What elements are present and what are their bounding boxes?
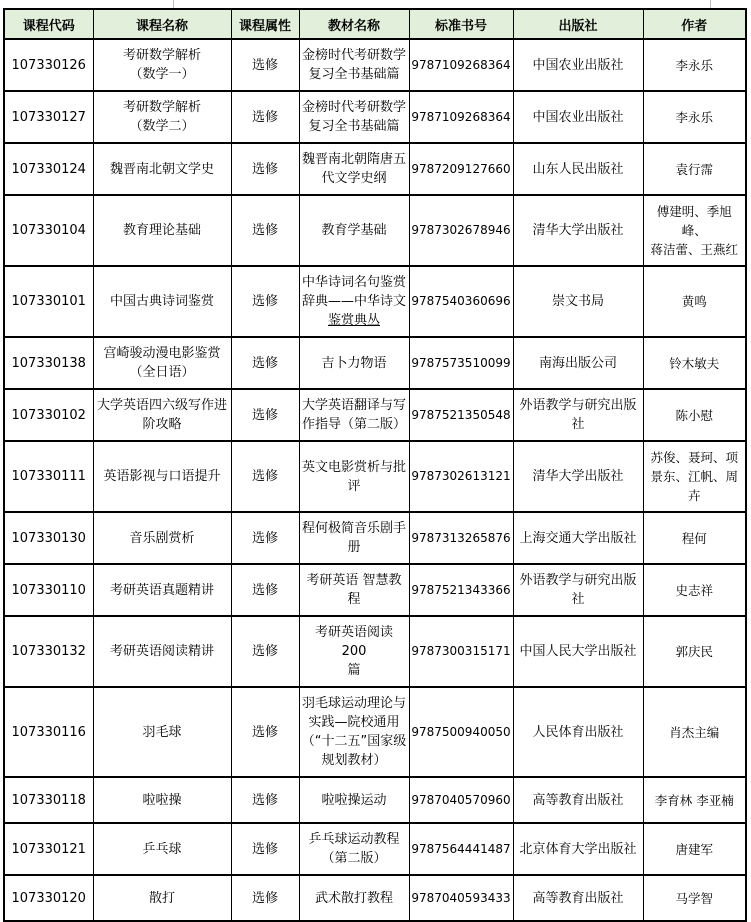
cell-author: 傅建明、季旭峰、 蒋洁蕾、王燕红 [643, 195, 746, 266]
cell-textbook-name: 羽毛球运动理论与 实践—院校通用 （“十二五”国家级 规划教材） [299, 687, 409, 777]
textbook-text: 中华诗词名句鉴赏 辞典——中华诗文 [302, 275, 406, 309]
header-cell-course-name: 课程名称 [93, 9, 231, 39]
textbook-text: 教育学基础 [321, 223, 386, 238]
header-cell-course-code: 课程代码 [4, 9, 93, 39]
cell-isbn: 9787109268364 [409, 91, 513, 143]
textbook-text: 吉卜力物语 [321, 356, 386, 371]
cell-course-attribute: 选修 [231, 564, 299, 616]
cell-course-code: 107330120 [4, 875, 93, 921]
cell-textbook-name: 考研英语 智慧教 程 [299, 564, 409, 616]
cell-isbn: 9787540360696 [409, 266, 513, 337]
cell-publisher: 清华大学出版社 [513, 441, 643, 512]
gridline-artifact [173, 0, 174, 8]
table-row: 107330102 大学英语四六级写作进 阶攻略 选修 大学英语翻译与写 作指导… [4, 389, 746, 441]
cell-isbn: 9787300315171 [409, 616, 513, 687]
cell-course-name: 中国古典诗词鉴赏 [93, 266, 231, 337]
cell-course-name: 音乐剧赏析 [93, 512, 231, 564]
cell-isbn: 9787040593433 [409, 875, 513, 921]
table-row: 107330101 中国古典诗词鉴赏 选修 中华诗词名句鉴赏 辞典——中华诗文 … [4, 266, 746, 337]
cell-course-attribute: 选修 [231, 91, 299, 143]
table-row: 107330104 教育理论基础 选修 教育学基础 9787302678946 … [4, 195, 746, 266]
cell-publisher: 高等教育出版社 [513, 875, 643, 921]
header-cell-textbook-name: 教材名称 [299, 9, 409, 39]
cell-course-attribute: 选修 [231, 266, 299, 337]
cell-author: 肖杰主编 [643, 687, 746, 777]
cell-course-name: 考研英语阅读精讲 [93, 616, 231, 687]
table-row: 107330116 羽毛球 选修 羽毛球运动理论与 实践—院校通用 （“十二五”… [4, 687, 746, 777]
cell-isbn: 9787109268364 [409, 39, 513, 91]
table-row: 107330132 考研英语阅读精讲 选修 考研英语阅读 200 篇 97873… [4, 616, 746, 687]
cell-course-code: 107330110 [4, 564, 93, 616]
cell-isbn: 9787564441487 [409, 823, 513, 875]
cell-isbn: 9787209127660 [409, 143, 513, 195]
course-table-body: 107330126 考研数学解析 （数学一） 选修 金榜时代考研数学 复习全书基… [4, 39, 746, 921]
cell-textbook-name: 中华诗词名句鉴赏 辞典——中华诗文 鉴赏典丛 [299, 266, 409, 337]
cell-publisher: 中国农业出版社 [513, 91, 643, 143]
cell-publisher: 山东人民出版社 [513, 143, 643, 195]
cell-textbook-name: 英文电影赏析与批 评 [299, 441, 409, 512]
cell-isbn: 9787302678946 [409, 195, 513, 266]
cell-course-code: 107330102 [4, 389, 93, 441]
cell-course-name: 教育理论基础 [93, 195, 231, 266]
textbook-text: 魏晋南北朝隋唐五 代文学史纲 [302, 152, 406, 186]
cell-publisher: 南海出版公司 [513, 337, 643, 389]
cell-course-name: 乒乓球 [93, 823, 231, 875]
cell-author: 马学智 [643, 875, 746, 921]
cell-author: 史志祥 [643, 564, 746, 616]
cell-course-attribute: 选修 [231, 441, 299, 512]
textbook-text: 英文电影赏析与批 评 [302, 460, 406, 494]
cell-course-name: 宫崎骏动漫电影鉴赏 （全日语） [93, 337, 231, 389]
cell-course-name: 魏晋南北朝文学史 [93, 143, 231, 195]
textbook-text: 考研英语 智慧教 程 [306, 573, 401, 607]
cell-course-code: 107330130 [4, 512, 93, 564]
cell-publisher: 中国人民大学出版社 [513, 616, 643, 687]
cell-course-code: 107330116 [4, 687, 93, 777]
header-cell-publisher: 出版社 [513, 9, 643, 39]
cell-course-code: 107330132 [4, 616, 93, 687]
cell-author: 陈小慰 [643, 389, 746, 441]
cell-publisher: 清华大学出版社 [513, 195, 643, 266]
cell-textbook-name: 教育学基础 [299, 195, 409, 266]
header-cell-author: 作者 [643, 9, 746, 39]
cell-textbook-name: 金榜时代考研数学 复习全书基础篇 [299, 91, 409, 143]
cell-textbook-name: 魏晋南北朝隋唐五 代文学史纲 [299, 143, 409, 195]
cell-course-code: 107330127 [4, 91, 93, 143]
cell-isbn: 9787040570960 [409, 777, 513, 823]
table-row: 107330130 音乐剧赏析 选修 程何极简音乐剧手 册 9787313265… [4, 512, 746, 564]
cell-publisher: 高等教育出版社 [513, 777, 643, 823]
textbook-text: 金榜时代考研数学 复习全书基础篇 [302, 100, 406, 134]
textbook-text: 程何极简音乐剧手 册 [302, 521, 406, 555]
cell-course-attribute: 选修 [231, 512, 299, 564]
cell-course-attribute: 选修 [231, 777, 299, 823]
cell-textbook-name: 武术散打教程 [299, 875, 409, 921]
cell-course-code: 107330126 [4, 39, 93, 91]
cell-course-name: 啦啦操 [93, 777, 231, 823]
cell-course-code: 107330104 [4, 195, 93, 266]
cell-publisher: 北京体育大学出版社 [513, 823, 643, 875]
cell-course-name: 考研数学解析 （数学一） [93, 39, 231, 91]
cell-course-code: 107330101 [4, 266, 93, 337]
cell-author: 苏俊、聂珂、项 景东、江帆、周 卉 [643, 441, 746, 512]
cell-course-name: 考研数学解析 （数学二） [93, 91, 231, 143]
cell-course-code: 107330118 [4, 777, 93, 823]
cell-course-name: 羽毛球 [93, 687, 231, 777]
header-cell-course-attribute: 课程属性 [231, 9, 299, 39]
textbook-text: 乒乓球运动教程 （第二版） [308, 832, 399, 866]
table-row: 107330121 乒乓球 选修 乒乓球运动教程 （第二版） 978756444… [4, 823, 746, 875]
cell-course-name: 大学英语四六级写作进 阶攻略 [93, 389, 231, 441]
table-row: 107330138 宫崎骏动漫电影鉴赏 （全日语） 选修 吉卜力物语 97875… [4, 337, 746, 389]
cell-course-attribute: 选修 [231, 875, 299, 921]
cell-textbook-name: 金榜时代考研数学 复习全书基础篇 [299, 39, 409, 91]
spreadsheet-canvas: 课程代码 课程名称 课程属性 教材名称 标准书号 出版社 作者 10733012… [0, 0, 751, 858]
cell-publisher: 人民体育出版社 [513, 687, 643, 777]
textbook-text: 啦啦操运动 [321, 793, 386, 808]
cell-author: 黄鸣 [643, 266, 746, 337]
cell-isbn: 9787302613121 [409, 441, 513, 512]
cell-author: 铃木敏夫 [643, 337, 746, 389]
cell-publisher: 外语教学与研究出版 社 [513, 389, 643, 441]
cell-publisher: 外语教学与研究出版 社 [513, 564, 643, 616]
cell-author: 程何 [643, 512, 746, 564]
table-row: 107330110 考研英语真题精讲 选修 考研英语 智慧教 程 9787521… [4, 564, 746, 616]
textbook-text: 武术散打教程 [315, 891, 393, 906]
cell-course-name: 考研英语真题精讲 [93, 564, 231, 616]
cell-publisher: 崇文书局 [513, 266, 643, 337]
cell-course-name: 英语影视与口语提升 [93, 441, 231, 512]
cell-author: 郭庆民 [643, 616, 746, 687]
cell-course-attribute: 选修 [231, 39, 299, 91]
textbook-underlined-text: 鉴赏典丛 [328, 313, 380, 328]
cell-textbook-name: 吉卜力物语 [299, 337, 409, 389]
cell-course-attribute: 选修 [231, 337, 299, 389]
cell-author: 李育林 李亚楠 [643, 777, 746, 823]
cell-textbook-name: 大学英语翻译与写 作指导（第二版） [299, 389, 409, 441]
cell-course-code: 107330138 [4, 337, 93, 389]
cell-isbn: 9787521343366 [409, 564, 513, 616]
table-row: 107330118 啦啦操 选修 啦啦操运动 9787040570960 高等教… [4, 777, 746, 823]
gridline-artifact [710, 0, 711, 8]
cell-isbn: 9787573510099 [409, 337, 513, 389]
table-row: 107330127 考研数学解析 （数学二） 选修 金榜时代考研数学 复习全书基… [4, 91, 746, 143]
cell-course-code: 107330121 [4, 823, 93, 875]
cell-course-attribute: 选修 [231, 195, 299, 266]
course-textbook-table: 课程代码 课程名称 课程属性 教材名称 标准书号 出版社 作者 10733012… [3, 8, 747, 922]
cell-publisher: 上海交通大学出版社 [513, 512, 643, 564]
cell-course-code: 107330124 [4, 143, 93, 195]
textbook-text: 考研英语阅读 200 篇 [315, 625, 393, 678]
table-row: 107330120 散打 选修 武术散打教程 9787040593433 高等教… [4, 875, 746, 921]
cell-course-attribute: 选修 [231, 687, 299, 777]
cell-course-code: 107330111 [4, 441, 93, 512]
cell-isbn: 9787521350548 [409, 389, 513, 441]
cell-publisher: 中国农业出版社 [513, 39, 643, 91]
cell-author: 袁行霈 [643, 143, 746, 195]
cell-course-attribute: 选修 [231, 389, 299, 441]
table-row: 107330111 英语影视与口语提升 选修 英文电影赏析与批 评 978730… [4, 441, 746, 512]
cell-textbook-name: 乒乓球运动教程 （第二版） [299, 823, 409, 875]
table-row: 107330126 考研数学解析 （数学一） 选修 金榜时代考研数学 复习全书基… [4, 39, 746, 91]
cell-isbn: 9787500940050 [409, 687, 513, 777]
cell-isbn: 9787313265876 [409, 512, 513, 564]
cell-textbook-name: 啦啦操运动 [299, 777, 409, 823]
textbook-text: 金榜时代考研数学 复习全书基础篇 [302, 48, 406, 82]
textbook-text: 羽毛球运动理论与 实践—院校通用 （“十二五”国家级 规划教材） [302, 696, 406, 768]
cell-course-attribute: 选修 [231, 616, 299, 687]
textbook-text: 大学英语翻译与写 作指导（第二版） [302, 398, 406, 432]
cell-textbook-name: 程何极简音乐剧手 册 [299, 512, 409, 564]
cell-course-name: 散打 [93, 875, 231, 921]
cell-course-attribute: 选修 [231, 823, 299, 875]
header-row: 课程代码 课程名称 课程属性 教材名称 标准书号 出版社 作者 [4, 9, 746, 39]
header-cell-isbn: 标准书号 [409, 9, 513, 39]
cell-textbook-name: 考研英语阅读 200 篇 [299, 616, 409, 687]
cell-author: 李永乐 [643, 91, 746, 143]
table-row: 107330124 魏晋南北朝文学史 选修 魏晋南北朝隋唐五 代文学史纲 978… [4, 143, 746, 195]
cell-course-attribute: 选修 [231, 143, 299, 195]
cell-author: 唐建军 [643, 823, 746, 875]
cell-author: 李永乐 [643, 39, 746, 91]
